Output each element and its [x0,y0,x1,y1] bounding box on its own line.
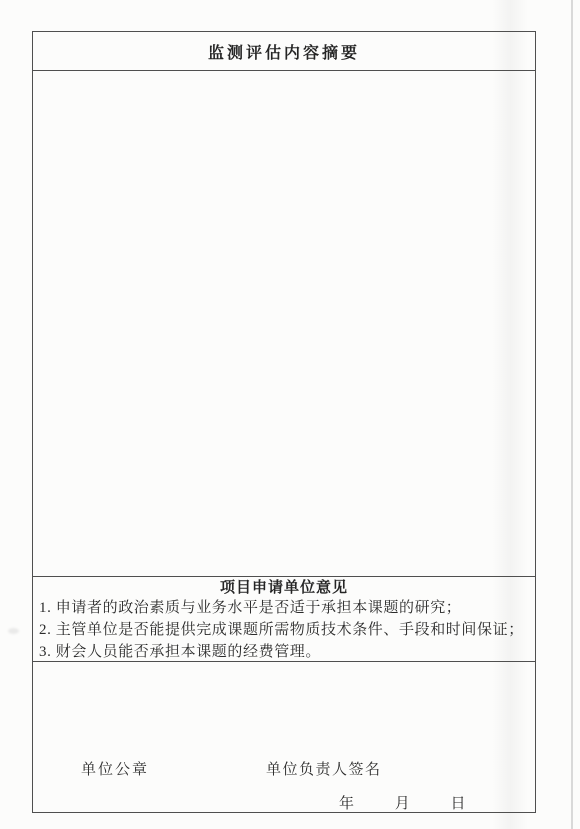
day-label: 日 [451,796,466,812]
form-title: 监测评估内容摘要 [208,40,360,63]
scan-artifact-edge-line [571,0,573,829]
opinion-item-2: 2. 主管单位是否能提供完成课题所需物质技术条件、手段和时间保证； [39,619,529,641]
month-label: 月 [395,796,410,812]
scanned-document-page: 监测评估内容摘要 项目申请单位意见 1. 申请者的政治素质与业务水平是否适于承担… [0,0,580,829]
unit-seal-label: 单位公章 [81,758,149,779]
scan-artifact-smudge [8,628,19,634]
unit-head-signature-label: 单位负责人签名 [266,758,382,779]
opinion-section-title: 项目申请单位意见 [39,579,529,597]
opinion-item-3: 3. 财会人员能否承担本课题的经费管理。 [39,641,529,662]
summary-content-area [33,71,535,577]
form-header-row: 监测评估内容摘要 [33,32,535,71]
date-line: 年 月 日 [339,792,466,813]
year-label: 年 [339,796,354,812]
signature-section: 单位公章 单位负责人签名 年 月 日 [33,662,535,811]
opinion-item-1: 1. 申请者的政治素质与业务水平是否适于承担本课题的研究； [39,597,529,619]
opinion-section: 项目申请单位意见 1. 申请者的政治素质与业务水平是否适于承担本课题的研究； 2… [33,577,535,662]
form-table: 监测评估内容摘要 项目申请单位意见 1. 申请者的政治素质与业务水平是否适于承担… [32,31,536,813]
